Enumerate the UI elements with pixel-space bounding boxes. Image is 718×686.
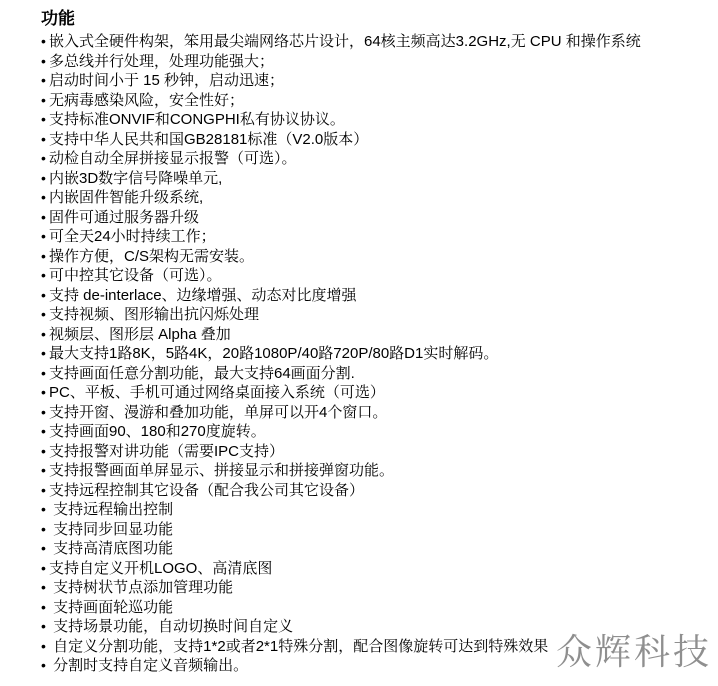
list-item: •可中控其它设备（可选）。 xyxy=(41,266,718,286)
bullet-icon: • xyxy=(41,344,49,364)
feature-text: 支持高清底图功能 xyxy=(49,539,173,559)
feature-text: 内嵌3D数字信号降噪单元, xyxy=(49,169,222,189)
list-item: • 自定义分割功能，支持1*2或者2*1特殊分割，配合图像旋转可达到特殊效果 xyxy=(41,637,718,657)
bullet-icon: • xyxy=(41,130,49,150)
feature-text: 分割时支持自定义音频输出。 xyxy=(49,656,248,676)
content: 功能 •嵌入式全硬件构架，笨用最尖端网络芯片设计，64核主频高达3.2GHz,无… xyxy=(0,0,718,676)
feature-text: 支持画面90、180和270度旋转。 xyxy=(49,422,266,442)
list-item: •支持 de-interlace、边缘增强、动态对比度增强 xyxy=(41,286,718,306)
list-item: •支持报警画面单屏显示、拼接显示和拼接弹窗功能。 xyxy=(41,461,718,481)
feature-text: 支持画面任意分割功能，最大支持64画面分割. xyxy=(49,364,355,384)
list-item: •内嵌固件智能升级系统, xyxy=(41,188,718,208)
feature-text: 支持场景功能，自动切换时间自定义 xyxy=(49,617,293,637)
bullet-icon: • xyxy=(41,91,49,111)
feature-text: 可中控其它设备（可选）。 xyxy=(49,266,222,286)
feature-list: •嵌入式全硬件构架，笨用最尖端网络芯片设计，64核主频高达3.2GHz,无 CP… xyxy=(41,32,718,676)
list-item: •启动时间小于 15 秒钟，启动迅速； xyxy=(41,71,718,91)
bullet-icon: • xyxy=(41,578,49,598)
feature-text: 嵌入式全硬件构架，笨用最尖端网络芯片设计，64核主频高达3.2GHz,无 CPU… xyxy=(49,32,641,52)
list-item: • 支持画面轮巡功能 xyxy=(41,598,718,618)
bullet-icon: • xyxy=(41,598,49,618)
feature-text: 支持画面轮巡功能 xyxy=(49,598,173,618)
feature-text: 支持 de-interlace、边缘增强、动态对比度增强 xyxy=(49,286,357,306)
feature-text: 支持树状节点添加管理功能 xyxy=(49,578,233,598)
list-item: •嵌入式全硬件构架，笨用最尖端网络芯片设计，64核主频高达3.2GHz,无 CP… xyxy=(41,32,718,52)
list-item: •视频层、图形层 Alpha 叠加 xyxy=(41,325,718,345)
list-item: •支持报警对讲功能（需要IPC支持） xyxy=(41,442,718,462)
feature-text: 支持标准ONVIF和CONGPHI私有协议协议。 xyxy=(49,110,345,130)
bullet-icon: • xyxy=(41,52,49,72)
feature-text: 无病毒感染风险，安全性好； xyxy=(49,91,244,111)
list-item: •无病毒感染风险，安全性好； xyxy=(41,91,718,111)
bullet-icon: • xyxy=(41,227,49,247)
list-item: •支持视频、图形输出抗闪烁处理 xyxy=(41,305,718,325)
list-item: • 分割时支持自定义音频输出。 xyxy=(41,656,718,676)
list-item: •支持中华人民共和国GB28181标准（V2.0版本） xyxy=(41,130,718,150)
bullet-icon: • xyxy=(41,403,49,423)
feature-text: PC、平板、手机可通过网络桌面接入系统（可选） xyxy=(49,383,385,403)
bullet-icon: • xyxy=(41,559,49,579)
feature-text: 自定义分割功能，支持1*2或者2*1特殊分割，配合图像旋转可达到特殊效果 xyxy=(49,637,548,657)
bullet-icon: • xyxy=(41,500,49,520)
list-item: • 支持远程输出控制 xyxy=(41,500,718,520)
feature-text: 可全天24小时持续工作； xyxy=(49,227,216,247)
feature-text: 操作方便，C/S架构无需安装。 xyxy=(49,247,254,267)
feature-text: 启动时间小于 15 秒钟，启动迅速； xyxy=(49,71,284,91)
page: 众辉科技 功能 •嵌入式全硬件构架，笨用最尖端网络芯片设计，64核主频高达3.2… xyxy=(0,0,718,686)
bullet-icon: • xyxy=(41,383,49,403)
list-item: •动检自动全屏拼接显示报警（可选）。 xyxy=(41,149,718,169)
list-item: •支持远程控制其它设备（配合我公司其它设备） xyxy=(41,481,718,501)
bullet-icon: • xyxy=(41,461,49,481)
page-title: 功能 xyxy=(41,8,718,30)
bullet-icon: • xyxy=(41,539,49,559)
list-item: •可全天24小时持续工作； xyxy=(41,227,718,247)
list-item: •操作方便，C/S架构无需安装。 xyxy=(41,247,718,267)
feature-text: 支持报警画面单屏显示、拼接显示和拼接弹窗功能。 xyxy=(49,461,394,481)
list-item: • 支持高清底图功能 xyxy=(41,539,718,559)
feature-text: 固件可通过服务器升级 xyxy=(49,208,199,228)
list-item: •固件可通过服务器升级 xyxy=(41,208,718,228)
feature-text: 最大支持1路8K，5路4K，20路1080P/40路720P/80路D1实时解码… xyxy=(49,344,498,364)
feature-text: 内嵌固件智能升级系统, xyxy=(49,188,203,208)
list-item: • 支持树状节点添加管理功能 xyxy=(41,578,718,598)
bullet-icon: • xyxy=(41,637,49,657)
feature-text: 动检自动全屏拼接显示报警（可选）。 xyxy=(49,149,297,169)
feature-text: 支持报警对讲功能（需要IPC支持） xyxy=(49,442,284,462)
list-item: •支持自定义开机LOGO、高清底图 xyxy=(41,559,718,579)
bullet-icon: • xyxy=(41,208,49,228)
bullet-icon: • xyxy=(41,247,49,267)
feature-text: 多总线并行处理，处理功能强大； xyxy=(49,52,274,72)
bullet-icon: • xyxy=(41,442,49,462)
bullet-icon: • xyxy=(41,656,49,676)
list-item: •支持画面90、180和270度旋转。 xyxy=(41,422,718,442)
feature-text: 支持视频、图形输出抗闪烁处理 xyxy=(49,305,259,325)
bullet-icon: • xyxy=(41,71,49,91)
feature-text: 支持中华人民共和国GB28181标准（V2.0版本） xyxy=(49,130,368,150)
bullet-icon: • xyxy=(41,188,49,208)
bullet-icon: • xyxy=(41,305,49,325)
bullet-icon: • xyxy=(41,481,49,501)
bullet-icon: • xyxy=(41,422,49,442)
feature-text: 支持同步回显功能 xyxy=(49,520,173,540)
feature-text: 视频层、图形层 Alpha 叠加 xyxy=(49,325,231,345)
feature-text: 支持远程控制其它设备（配合我公司其它设备） xyxy=(49,481,364,501)
list-item: •PC、平板、手机可通过网络桌面接入系统（可选） xyxy=(41,383,718,403)
bullet-icon: • xyxy=(41,617,49,637)
bullet-icon: • xyxy=(41,266,49,286)
feature-text: 支持远程输出控制 xyxy=(49,500,173,520)
list-item: • 支持场景功能，自动切换时间自定义 xyxy=(41,617,718,637)
list-item: •支持画面任意分割功能，最大支持64画面分割. xyxy=(41,364,718,384)
feature-text: 支持自定义开机LOGO、高清底图 xyxy=(49,559,272,579)
list-item: •内嵌3D数字信号降噪单元, xyxy=(41,169,718,189)
bullet-icon: • xyxy=(41,169,49,189)
bullet-icon: • xyxy=(41,364,49,384)
list-item: • 支持同步回显功能 xyxy=(41,520,718,540)
bullet-icon: • xyxy=(41,325,49,345)
bullet-icon: • xyxy=(41,286,49,306)
bullet-icon: • xyxy=(41,149,49,169)
bullet-icon: • xyxy=(41,520,49,540)
list-item: •最大支持1路8K，5路4K，20路1080P/40路720P/80路D1实时解… xyxy=(41,344,718,364)
bullet-icon: • xyxy=(41,110,49,130)
list-item: •支持开窗、漫游和叠加功能，单屏可以开4个窗口。 xyxy=(41,403,718,423)
feature-text: 支持开窗、漫游和叠加功能，单屏可以开4个窗口。 xyxy=(49,403,387,423)
bullet-icon: • xyxy=(41,32,49,52)
list-item: •多总线并行处理，处理功能强大； xyxy=(41,52,718,72)
list-item: •支持标准ONVIF和CONGPHI私有协议协议。 xyxy=(41,110,718,130)
